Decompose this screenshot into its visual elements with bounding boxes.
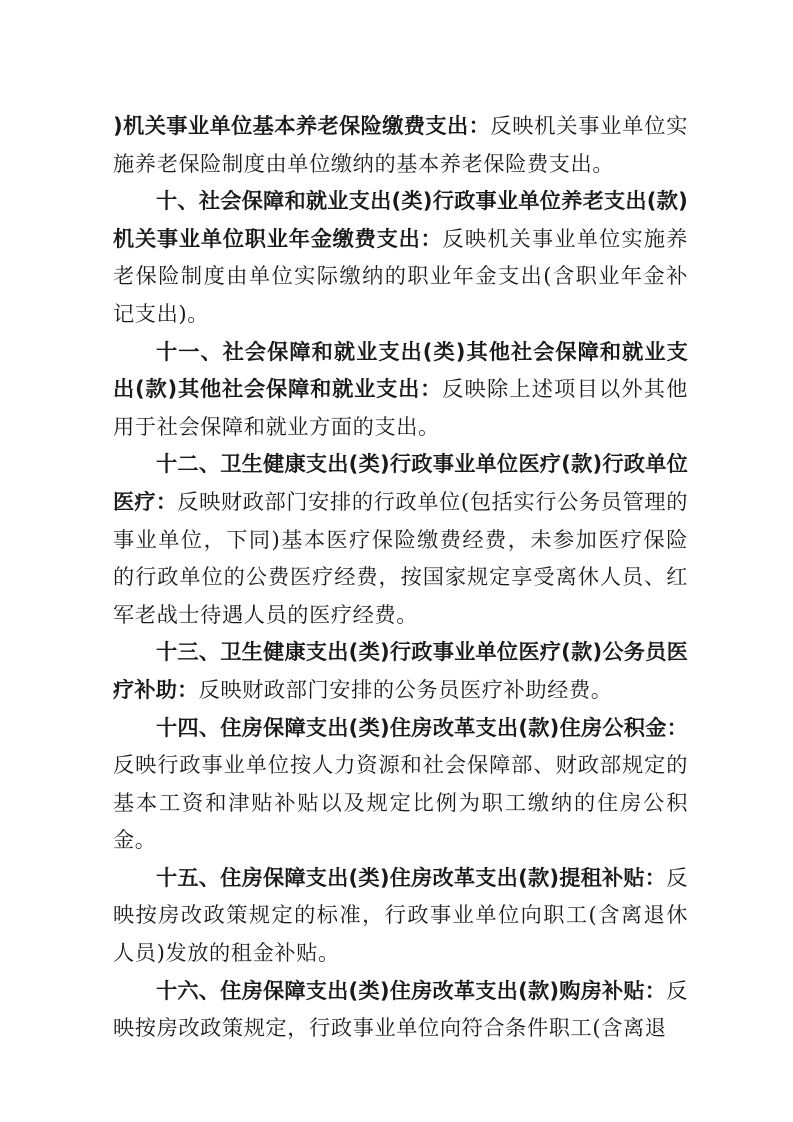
paragraph-10-occupational-annuity: 十、社会保障和就业支出(类)行政事业单位养老支出(款)机关事业单位职业年金缴费支… bbox=[113, 182, 688, 332]
paragraph-16-housing-purchase-subsidy: 十六、住房保障支出(类)住房改革支出(款)购房补贴：反映按房改政策规定，行政事业… bbox=[113, 972, 688, 1047]
paragraph-13-civil-servant-medical: 十三、卫生健康支出(类)行政事业单位医疗(款)公务员医疗补助：反映财政部门安排的… bbox=[113, 633, 688, 708]
paragraph-heading: )机关事业单位基本养老保险缴费支出： bbox=[113, 113, 490, 138]
paragraph-body: 反映行政事业单位按人力资源和社会保障部、财政部规定的基本工资和津贴补贴以及规定比… bbox=[113, 752, 688, 852]
document-page: )机关事业单位基本养老保险缴费支出：反映机关事业单位实施养老保险制度由单位缴纳的… bbox=[113, 107, 688, 1047]
paragraph-heading: 十六、住房保障支出(类)住房改革支出(款)购房补贴： bbox=[156, 978, 666, 1003]
paragraph-11-other-social-security: 十一、社会保障和就业支出(类)其他社会保障和就业支出(款)其他社会保障和就业支出… bbox=[113, 333, 688, 446]
paragraph-body: 反映财政部门安排的行政单位(包括实行公务员管理的事业单位，下同)基本医疗保险缴费… bbox=[113, 489, 688, 627]
paragraph-14-housing-fund: 十四、住房保障支出(类)住房改革支出(款)住房公积金：反映行政事业单位按人力资源… bbox=[113, 709, 688, 859]
paragraph-12-admin-medical: 十二、卫生健康支出(类)行政事业单位医疗(款)行政单位医疗：反映财政部门安排的行… bbox=[113, 445, 688, 633]
paragraph-basic-pension: )机关事业单位基本养老保险缴费支出：反映机关事业单位实施养老保险制度由单位缴纳的… bbox=[113, 107, 688, 182]
paragraph-heading: 十四、住房保障支出(类)住房改革支出(款)住房公积金： bbox=[156, 715, 688, 740]
paragraph-15-rent-subsidy: 十五、住房保障支出(类)住房改革支出(款)提租补贴：反映按房改政策规定的标准，行… bbox=[113, 859, 688, 972]
paragraph-heading: 十五、住房保障支出(类)住房改革支出(款)提租补贴： bbox=[156, 865, 666, 890]
paragraph-body: 反映财政部门安排的公务员医疗补助经费。 bbox=[199, 677, 613, 702]
